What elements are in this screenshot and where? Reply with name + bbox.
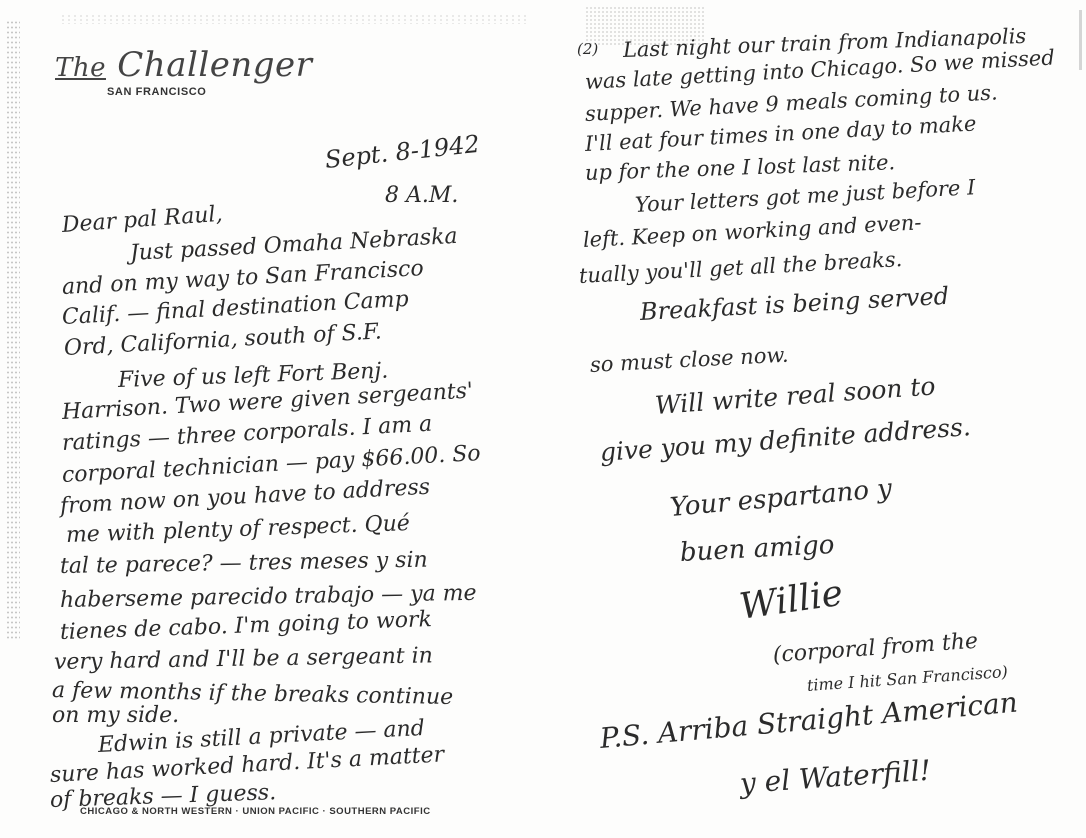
signature-note: (corporal from the [772, 631, 978, 667]
letterhead-name: Challenger [117, 45, 312, 85]
postscript: P.S. Arriba Straight American [599, 689, 1019, 753]
letter-line: me with plenty of respect. Qué [66, 513, 411, 547]
letter-line: Breakfast is being served [639, 284, 949, 324]
letter-page-2: (2) Last night our train from Indianapol… [545, 0, 1086, 838]
letterhead-footer: CHICAGO & NORTH WESTERN · UNION PACIFIC … [80, 806, 431, 817]
scan-noise-edge [6, 20, 20, 640]
letter-line: Will write real soon to [654, 373, 936, 418]
letter-line: give you my definite address. [599, 414, 971, 465]
page-number: (2) [577, 42, 598, 57]
letter-line: up for the one I lost last nite. [585, 152, 896, 184]
salutation: Dear pal Raul, [61, 204, 223, 237]
letter-line: on my side. [52, 705, 179, 727]
letter-line: Your letters got me just before I [634, 177, 975, 216]
scan-noise-edge [1079, 10, 1082, 70]
closing-line: Your espartano y [669, 476, 893, 521]
letter-line: tually you'll get all the breaks. [578, 249, 902, 287]
letter-time: 8 A.M. [385, 185, 458, 207]
letter-line: tal te parece? — tres meses y sin [60, 550, 428, 578]
letterhead: The Challenger SAN FRANCISCO [55, 48, 312, 98]
letterhead-the: The [55, 53, 106, 83]
letter-page-1: The Challenger SAN FRANCISCO Sept. 8-194… [0, 0, 545, 838]
scan-noise-top [60, 14, 530, 24]
letter-date: Sept. 8-1942 [324, 132, 481, 172]
letter-line: left. Keep on working and even- [582, 212, 922, 251]
letterhead-brand: The Challenger [55, 48, 312, 82]
signature: Willie [737, 576, 845, 626]
letterhead-city: SAN FRANCISCO [107, 86, 312, 98]
letter-line: so must close now. [589, 345, 789, 376]
postscript: y el Waterfill! [739, 757, 932, 798]
letter-line: tienes de cabo. I'm going to work [60, 609, 433, 644]
closing-line: buen amigo [679, 532, 835, 566]
letter-line: very hard and I'll be a sergeant in [54, 645, 433, 674]
